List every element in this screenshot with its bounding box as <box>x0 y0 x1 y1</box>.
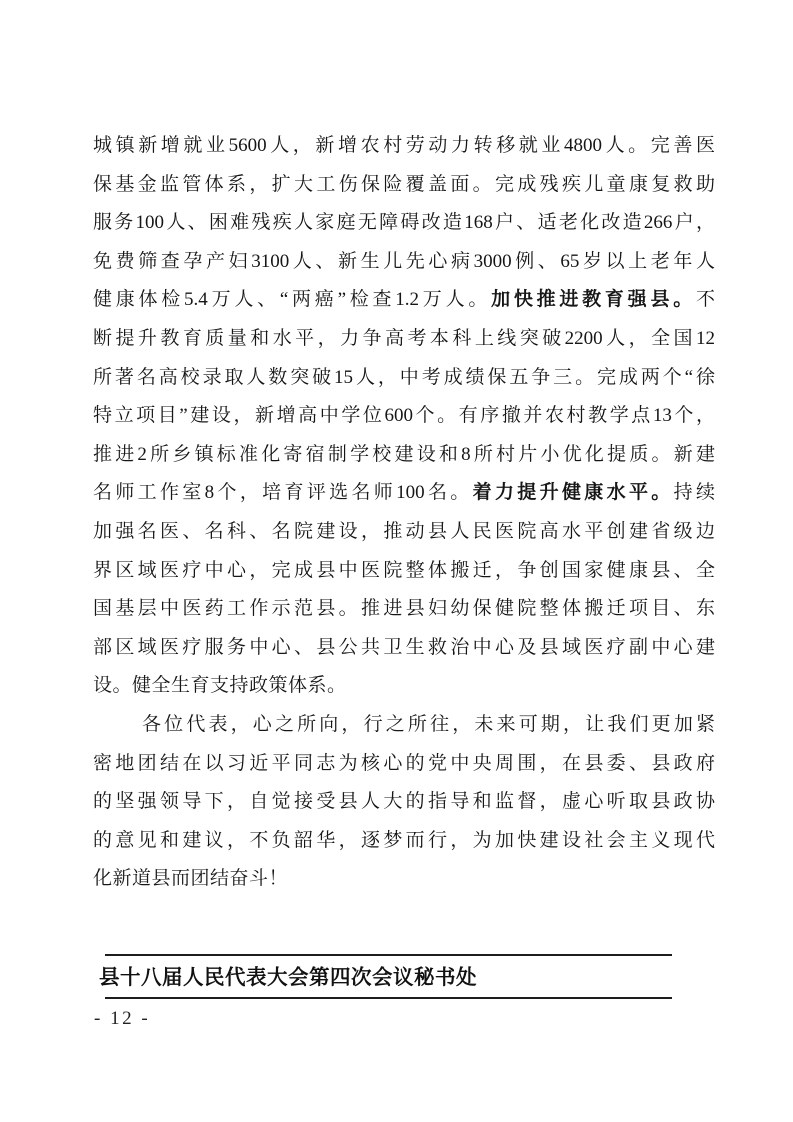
text-segment: 部区域医疗服务中心、县公共卫生救治中心及县域医疗副中心建 <box>93 637 715 658</box>
text-segment: 持续 <box>674 482 715 503</box>
text-segment: 化新道县而团结奋斗！ <box>93 868 288 889</box>
text-segment: 免费筛查孕产妇3100人、新生儿先心病3000例、65岁以上老年人 <box>93 251 715 272</box>
text-segment: 国基层中医药工作示范县。推进县妇幼保健院整体搬迁项目、东 <box>93 598 715 619</box>
text-line: 化新道县而团结奋斗！ <box>93 860 715 899</box>
document-page: 城镇新增就业5600人，新增农村劳动力转移就业4800人。完善医保基金监管体系，… <box>0 0 793 1122</box>
text-segment: 所著名高校录取人数突破15人，中考成绩保五争三。完成两个“徐 <box>93 367 715 388</box>
text-segment: 特立项目”建设，新增高中学位600个。有序撤并农村教学点13个， <box>93 405 715 426</box>
text-line: 密地团结在以习近平同志为核心的党中央周围，在县委、县政府 <box>93 745 715 784</box>
text-segment: 断提升教育质量和水平，力争高考本科上线突破2200人，全国12 <box>93 328 715 349</box>
text-line: 加强名医、名科、名院建设，推动县人民医院高水平创建省级边 <box>93 513 715 552</box>
text-segment: 推进2所乡镇标准化寄宿制学校建设和8所村片小优化提质。新建 <box>93 444 715 465</box>
text-segment: 健康体检5.4万人、“两癌”检查1.2万人。 <box>93 289 491 310</box>
bold-heading-segment: 加快推进教育强县。 <box>491 289 696 310</box>
footer-rule-top <box>105 954 672 956</box>
text-line: 城镇新增就业5600人，新增农村劳动力转移就业4800人。完善医 <box>93 127 715 166</box>
text-line: 的坚强领导下，自觉接受县人大的指导和监督，虚心听取县政协 <box>93 783 715 822</box>
text-segment: 名师工作室8个，培育评选名师100名。 <box>93 482 473 503</box>
text-segment: 设。健全生育支持政策体系。 <box>93 675 347 696</box>
footer-rule-bottom <box>105 997 672 999</box>
text-line: 服务100人、困难残疾人家庭无障碍改造168户、适老化改造266户， <box>93 204 715 243</box>
text-segment: 的坚强领导下，自觉接受县人大的指导和监督，虚心听取县政协 <box>93 791 715 812</box>
text-segment: 城镇新增就业5600人，新增农村劳动力转移就业4800人。完善医 <box>93 135 715 156</box>
text-line: 推进2所乡镇标准化寄宿制学校建设和8所村片小优化提质。新建 <box>93 436 715 475</box>
text-line: 特立项目”建设，新增高中学位600个。有序撤并农村教学点13个， <box>93 397 715 436</box>
page-number: - 12 - <box>94 1008 150 1030</box>
text-line: 保基金监管体系，扩大工伤保险覆盖面。完成残疾儿童康复救助 <box>93 166 715 205</box>
text-line: 断提升教育质量和水平，力争高考本科上线突破2200人，全国12 <box>93 320 715 359</box>
text-line: 设。健全生育支持政策体系。 <box>93 667 715 706</box>
text-segment: 各位代表，心之所向，行之所往，未来可期，让我们更加紧 <box>142 714 715 735</box>
document-body: 城镇新增就业5600人，新增农村劳动力转移就业4800人。完善医保基金监管体系，… <box>93 127 715 899</box>
text-segment: 服务100人、困难残疾人家庭无障碍改造168户、适老化改造266户， <box>93 212 715 233</box>
text-line: 的意见和建议，不负韶华，逐梦而行，为加快建设社会主义现代 <box>93 822 715 861</box>
text-segment: 加强名医、名科、名院建设，推动县人民医院高水平创建省级边 <box>93 521 715 542</box>
text-line: 免费筛查孕产妇3100人、新生儿先心病3000例、65岁以上老年人 <box>93 243 715 282</box>
text-segment: 界区域医疗中心，完成县中医院整体搬迁，争创国家健康县、全 <box>93 560 715 581</box>
text-line: 界区域医疗中心，完成县中医院整体搬迁，争创国家健康县、全 <box>93 552 715 591</box>
text-line: 国基层中医药工作示范县。推进县妇幼保健院整体搬迁项目、东 <box>93 590 715 629</box>
text-line: 健康体检5.4万人、“两癌”检查1.2万人。加快推进教育强县。不 <box>93 281 715 320</box>
footer-signature: 县十八届人民代表大会第四次会议秘书处 <box>99 960 477 990</box>
text-segment: 的意见和建议，不负韶华，逐梦而行，为加快建设社会主义现代 <box>93 830 715 851</box>
text-segment: 密地团结在以习近平同志为核心的党中央周围，在县委、县政府 <box>93 753 715 774</box>
bold-heading-segment: 着力提升健康水平。 <box>473 482 674 503</box>
text-line: 各位代表，心之所向，行之所往，未来可期，让我们更加紧 <box>93 706 715 745</box>
text-line: 名师工作室8个，培育评选名师100名。着力提升健康水平。持续 <box>93 474 715 513</box>
text-segment: 保基金监管体系，扩大工伤保险覆盖面。完成残疾儿童康复救助 <box>93 174 715 195</box>
text-segment: 不 <box>696 289 715 310</box>
text-line: 部区域医疗服务中心、县公共卫生救治中心及县域医疗副中心建 <box>93 629 715 668</box>
text-line: 所著名高校录取人数突破15人，中考成绩保五争三。完成两个“徐 <box>93 359 715 398</box>
